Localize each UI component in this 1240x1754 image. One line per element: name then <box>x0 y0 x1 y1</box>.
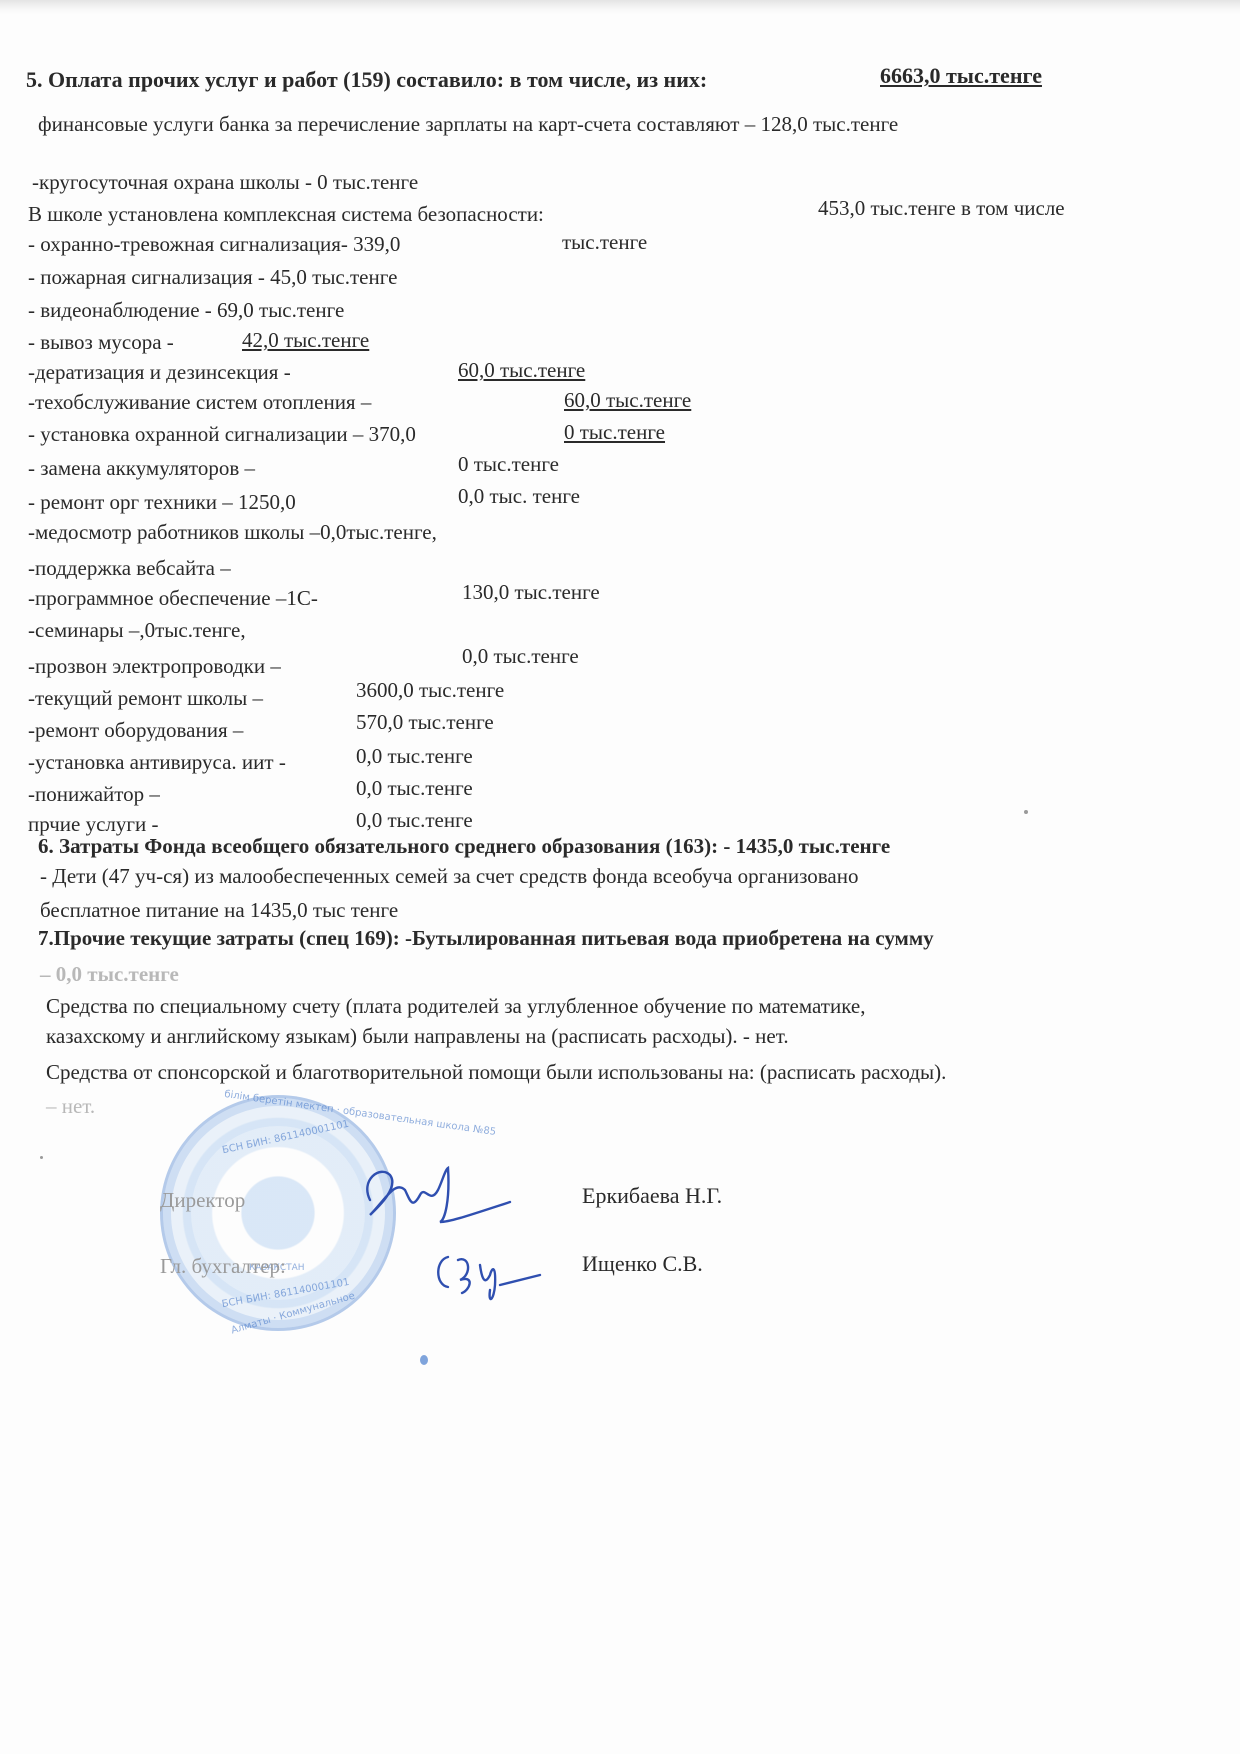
expense-value: 0,0 тыс.тенге <box>356 808 473 832</box>
bank-services-line: финансовые услуги банка за перечисление … <box>38 112 898 136</box>
expense-value: 3600,0 тыс.тенге <box>356 678 504 702</box>
expense-item: -техобслуживание систем отопления – <box>28 390 371 414</box>
expense-value: 0,0 тыс. тенге <box>458 484 580 508</box>
expense-value: 130,0 тыс.тенге <box>462 580 600 604</box>
director-name: Еркибаева Н.Г. <box>582 1183 722 1209</box>
expense-value: 60,0 тыс.тенге <box>564 388 691 412</box>
section6-line2: бесплатное питание на 1435,0 тыс тенге <box>40 898 398 922</box>
expense-value: 60,0 тыс.тенге <box>458 358 585 382</box>
expense-item: - вывоз мусора - <box>28 330 174 354</box>
expense-item: -текущий ремонт школы – <box>28 686 263 710</box>
stamp-bin: БСН БИН: 861140001101 <box>221 1119 350 1157</box>
expense-item: -дератизация и дезинсекция - <box>28 360 291 384</box>
expense-item: -понижайтор – <box>28 782 160 806</box>
scan-speck <box>40 1156 43 1159</box>
accountant-signature-icon <box>430 1245 550 1315</box>
special-account-line1: Средства по специальному счету (плата ро… <box>46 994 865 1018</box>
scan-speck <box>1024 810 1028 814</box>
guard-line: -кругосуточная охрана школы - 0 тыс.тенг… <box>32 170 418 194</box>
section5-total: 6663,0 тыс.тенге <box>880 64 1042 88</box>
stamp-text-top: білім беретін мектеп · образовательная ш… <box>224 1089 497 1138</box>
expense-value: 0,0 тыс.тенге <box>356 776 473 800</box>
section5-title: 5. Оплата прочих услуг и работ (159) сос… <box>26 68 707 92</box>
expense-value: тыс.тенге <box>562 230 647 254</box>
section6-line1: - Дети (47 уч-ся) из малообеспеченных се… <box>40 864 858 888</box>
expense-item: -ремонт оборудования – <box>28 718 243 742</box>
expense-item: -поддержка вебсайта – <box>28 556 231 580</box>
expense-value: 42,0 тыс.тенге <box>242 328 369 352</box>
expense-item: - ремонт орг техники – 1250,0 <box>28 490 296 514</box>
section6-title: 6. Затраты Фонда всеобщего обязательного… <box>38 834 890 858</box>
sponsor-line2: – нет. <box>46 1094 95 1118</box>
expense-item: - охранно-тревожная сигнализация- 339,0 <box>28 232 400 256</box>
expense-item: - замена аккумуляторов – <box>28 456 255 480</box>
expense-item: -установка антивируса. иит - <box>28 750 286 774</box>
expense-value: 0,0 тыс.тенге <box>462 644 579 668</box>
expense-item: -семинары –,0тыс.тенге, <box>28 618 246 642</box>
expense-item: -медосмотр работников школы –0,0тыс.тенг… <box>28 520 437 544</box>
scan-edge <box>0 0 1240 14</box>
accountant-role: Гл. бухгалтер: <box>160 1254 286 1278</box>
expense-value: 0,0 тыс.тенге <box>356 744 473 768</box>
expense-item: прчие услуги - <box>28 812 158 836</box>
expense-item: -прозвон электропроводки – <box>28 654 281 678</box>
security-intro: В школе установлена комплексная система … <box>28 202 544 226</box>
expense-value: 0 тыс.тенге <box>564 420 665 444</box>
sponsor-line1: Средства от спонсорской и благотворитель… <box>46 1060 946 1084</box>
expense-item: -программное обеспечение –1С- <box>28 586 318 610</box>
accountant-name: Ищенко С.В. <box>582 1251 703 1277</box>
expense-value: 0 тыс.тенге <box>458 452 559 476</box>
scan-speck <box>420 1355 428 1365</box>
security-total: 453,0 тыс.тенге в том числе <box>818 196 1065 220</box>
director-role: Директор <box>160 1188 245 1212</box>
expense-item: - установка охранной сигнализации – 370,… <box>28 422 416 446</box>
expense-item: - видеонаблюдение - 69,0 тыс.тенге <box>28 298 344 322</box>
section7-amount: – 0,0 тыс.тенге <box>40 962 179 986</box>
expense-value: 570,0 тыс.тенге <box>356 710 494 734</box>
section7-title: 7.Прочие текущие затраты (спец 169): -Бу… <box>38 926 934 950</box>
expense-item: - пожарная сигнализация - 45,0 тыс.тенге <box>28 265 397 289</box>
special-account-line2: казахскому и английскому языкам) были на… <box>46 1024 789 1048</box>
director-signature-icon <box>350 1160 520 1240</box>
